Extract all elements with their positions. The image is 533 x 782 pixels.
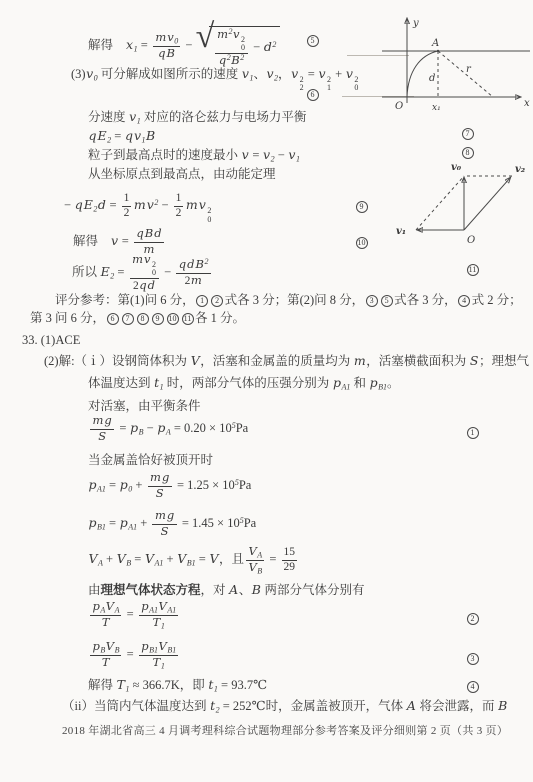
v1-label: v₁ — [396, 226, 406, 237]
d-label: d — [429, 73, 435, 84]
eq-mark-6: 6 — [305, 87, 320, 102]
line-work-energy-theorem: 从坐标原点到最高点，由动能定理 — [88, 166, 276, 182]
formula-x1-solution: 解得 x1 = mv0qB − m2v20q2B2 − d2 — [88, 24, 282, 69]
line-cap-lift-condition: 当金属盖恰好被顶开时 — [88, 452, 213, 468]
eq-mark-3: 3 — [465, 651, 480, 666]
vector-v2 — [464, 178, 510, 230]
scanned-answer-page: 解得 x1 = mv0qB − m2v20q2B2 − d2 (3)v0 可分解… — [0, 0, 533, 782]
eq-mark-1: 1 — [465, 425, 480, 440]
eq-mark-11: 11 — [465, 262, 480, 277]
origin-label: O — [395, 101, 403, 112]
parallelogram-dash-left — [416, 176, 464, 230]
formula-t1-solution: 解得 T1 ≈ 366.7K，即 t1 = 93.7℃ — [88, 677, 267, 693]
x-axis-label: x — [524, 98, 530, 109]
line-lorentz-balance: 分速度 v1 对应的洛仑兹力与电场力平衡 — [88, 109, 306, 125]
formula-energy-equation: − qE2d = 12mv2 − 12mv20 — [64, 192, 212, 224]
point-A-label: A — [431, 38, 439, 49]
line-piston-equilibrium: 对活塞，由平衡条件 — [88, 398, 201, 414]
r-label: r — [466, 64, 472, 75]
formula-gas-state-a: pAVAT = pA1VA1T1 — [88, 600, 180, 631]
x1-label: x₁ — [432, 103, 441, 113]
velocity-vector-diagram: v₁ v₀ v₂ O — [392, 156, 532, 256]
trajectory-diagram: y x O A d r x₁ — [380, 10, 533, 116]
v0-label: v₀ — [451, 162, 462, 173]
eq-mark-4: 4 — [465, 679, 480, 694]
formula-e2-result: 所以 E2 = mv202qd − qdB22m — [72, 253, 213, 294]
formula-pb1: pB1 = pA1 + mgS = 1.45 × 105Pa — [88, 509, 256, 540]
eq-mark-7: 7 — [460, 126, 475, 141]
eq-mark-5: 5 — [305, 33, 320, 48]
formula-qe2: qE2 = qv1B — [88, 128, 156, 144]
eq-mark-2: 2 — [465, 611, 480, 626]
v2-label: v₂ — [515, 164, 526, 175]
line-ideal-gas-law: 由理想气体状态方程，对 A、B 两部分气体分别有 — [88, 582, 365, 598]
line-scoring-note-1: 评分参考：第(1)问 6 分，12式各 3 分；第(2)问 8 分，35式各 3… — [55, 292, 522, 308]
eq-mark-9: 9 — [354, 199, 369, 214]
line-part-ii-leak: （ii）当筒内气体温度达到 t2 = 252℃时，金属盖被顶开，气体 A 将会泄… — [62, 698, 508, 714]
origin-label: O — [467, 235, 475, 246]
formula-pa1: pA1 = p0 + mgS = 1.25 × 105Pa — [88, 471, 251, 502]
formula-volume-relation: VA + VB = VA1 + VB1 = V，且VAVB = 1529 — [88, 545, 299, 576]
formula-pressure-balance: mgS = pB − pA = 0.20 × 105Pa — [88, 414, 248, 445]
line-q33-answer-ace: 33. (1)ACE — [22, 332, 80, 348]
page-footer: 2018 年湖北省高三 4 月调考理科综合试题物理部分参考答案及评分细则第 2 … — [62, 724, 508, 738]
line-min-speed: 粒子到最高点时的速度最小 v = v2 − v1 — [88, 147, 300, 163]
eq-mark-10: 10 — [354, 235, 369, 250]
line-q33-setup-2: 体温度达到 t1 时，两部分气体的压强分别为 pA1 和 pB1。 — [88, 375, 400, 391]
formula-gas-state-b: pBVBT = pB1VB1T1 — [88, 640, 180, 671]
y-axis-label: y — [412, 18, 419, 29]
line-scoring-note-2: 第 3 问 6 分，67891011各 1 分。 — [30, 310, 245, 326]
line-q33-setup-1: (2)解:（ｉ）设钢筒体积为 V，活塞和金属盖的质量均为 m，活塞横截面积为 S… — [44, 353, 529, 369]
